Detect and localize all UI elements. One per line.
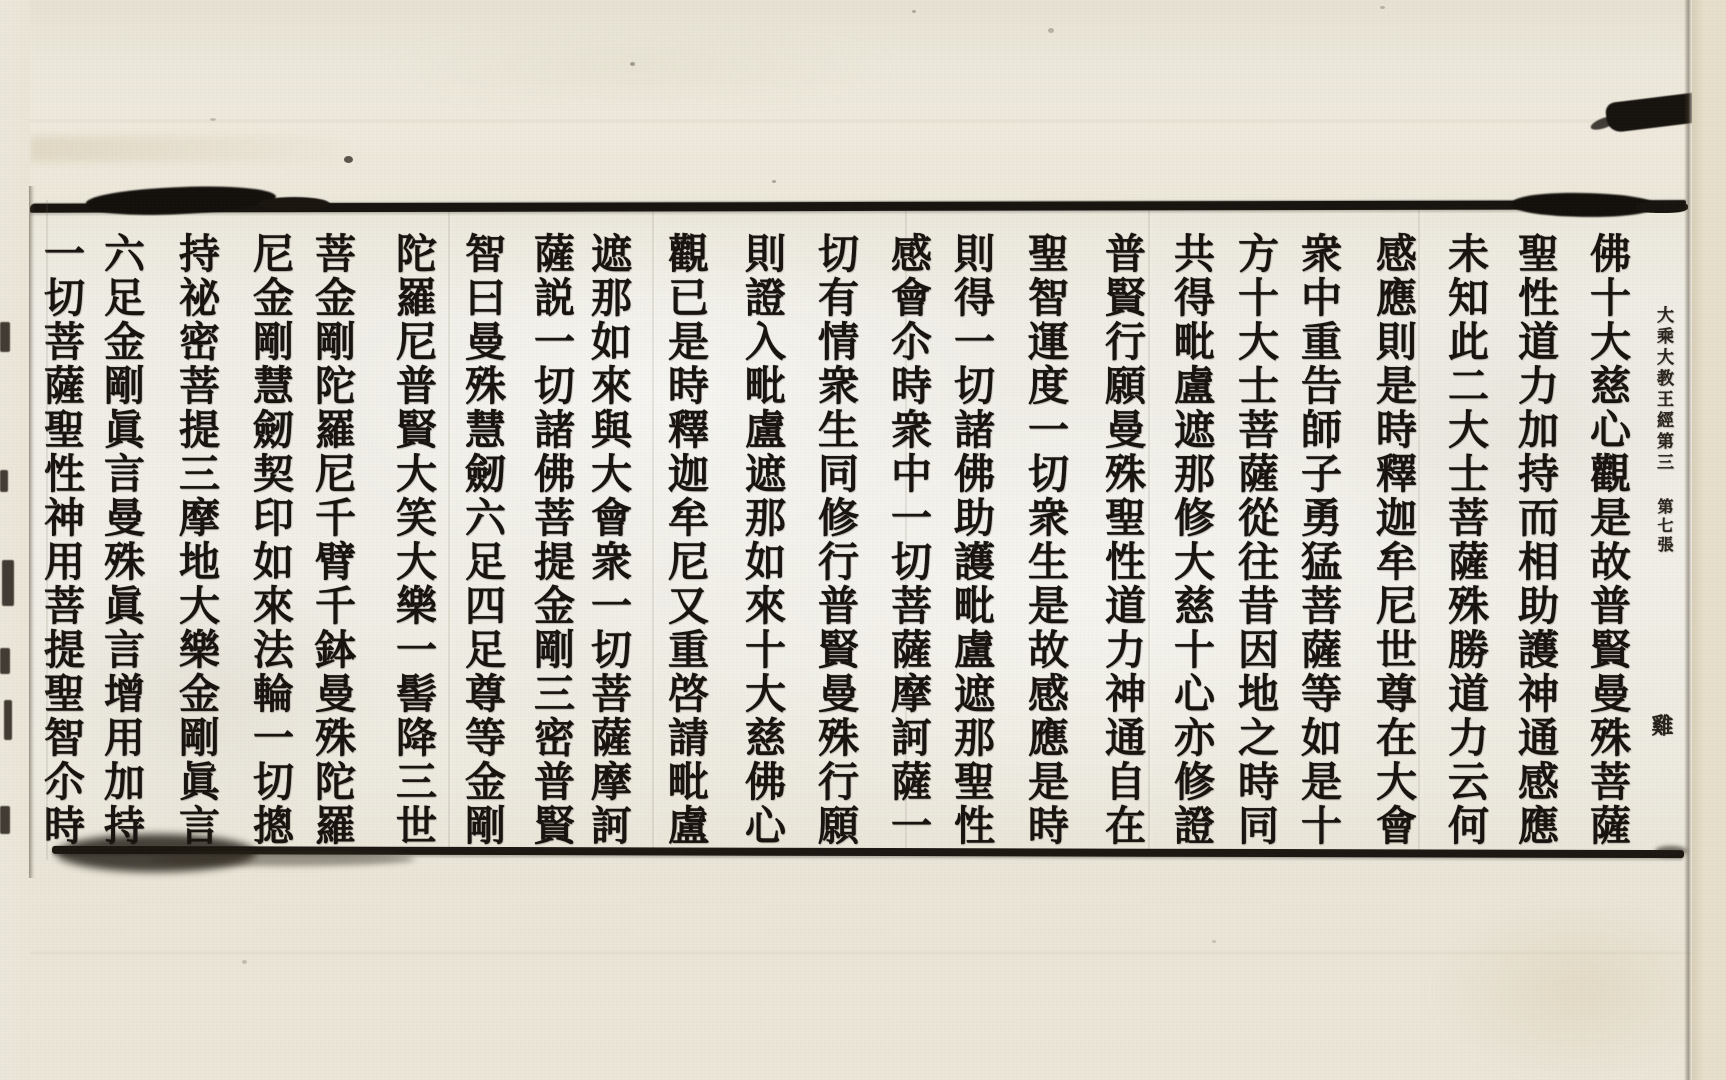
sutra-scroll-photo: 大乘大教王經第三 第七張 雞 佛十大慈心觀是故普賢曼殊菩薩聖性道力加持而相助護神… [0, 0, 1726, 1080]
ink-speck [1212, 940, 1216, 943]
paper-crease [0, 952, 1726, 954]
paper-crease [1148, 204, 1150, 850]
text-column-21: 持祕密菩提三摩地大樂金剛眞言 [172, 232, 220, 858]
paper-stain [380, 36, 900, 100]
sheet-number: 第七張 [1650, 498, 1678, 555]
text-column-20: 尼金剛慧劒契印如來法輪一切摠 [246, 232, 294, 858]
text-column-7: 共得毗盧遮那修大慈十心亦修證 [1167, 232, 1215, 858]
text-column-6: 方十大士菩薩從往昔因地之時同 [1231, 232, 1279, 858]
text-column-1: 佛十大慈心觀是故普賢曼殊菩薩 [1583, 232, 1631, 858]
text-column-11: 感會尒時衆中一切菩薩摩訶薩一 [884, 232, 932, 858]
right-sheet-fold [1684, 0, 1692, 1080]
text-column-5: 衆中重告師子勇猛菩薩等如是十 [1294, 232, 1342, 858]
paper-crease [448, 204, 450, 850]
ink-speck [630, 62, 635, 66]
paper-crease [652, 204, 654, 850]
text-column-9: 聖智運度一切衆生是故感應是時 [1021, 232, 1069, 858]
scripture-title: 大乘大教王經第三 [1648, 306, 1678, 474]
text-column-3: 未知此二大士菩薩殊勝道力云何 [1441, 232, 1489, 858]
paper-crease [1418, 204, 1420, 850]
ink-speck [1048, 28, 1054, 33]
ink-smudge [258, 197, 330, 211]
text-column-19: 菩金剛陀羅尼千臂千鉢曼殊陀羅 [308, 232, 356, 858]
partial-glyph-fragment [4, 700, 12, 740]
text-column-8: 普賢行願曼殊聖性道力神通自在 [1098, 232, 1146, 858]
ink-smudge [1636, 201, 1688, 213]
paper-stain [1430, 900, 1726, 1080]
paper-crease [0, 120, 1726, 122]
text-column-16: 薩説一切諸佛菩提金剛三密普賢 [527, 232, 575, 858]
case-mark: 雞 [1644, 714, 1678, 736]
left-sheet-fold [46, 200, 48, 860]
text-column-18: 陀羅尼普賢大笑大樂一髻降三世 [389, 232, 437, 858]
left-sheet-edge [0, 0, 30, 1080]
text-column-10: 則得一切諸佛助護毗盧遮那聖性 [947, 232, 995, 858]
ink-speck [912, 10, 916, 13]
text-column-2: 聖性道力加持而相助護神通感應 [1511, 232, 1559, 858]
text-column-4: 感應則是時釋迦牟尼世尊在大會 [1369, 232, 1417, 858]
ink-smudge [1655, 846, 1687, 856]
text-column-22: 六足金剛眞言曼殊眞言增用加持 [97, 232, 145, 858]
partial-glyph-fragment [0, 648, 10, 674]
ink-speck [344, 156, 353, 163]
partial-glyph-fragment [2, 560, 14, 606]
left-sheet-fold [29, 186, 35, 878]
text-column-14: 觀已是時釋迦牟尼又重啓請毗盧 [661, 232, 709, 858]
right-sheet-edge [1692, 0, 1726, 1080]
text-column-12: 切有情衆生同修行普賢曼殊行願 [811, 232, 859, 858]
partial-glyph-fragment [0, 470, 8, 492]
partial-glyph-fragment [0, 322, 10, 352]
ink-speck [1380, 6, 1385, 9]
ink-speck [772, 180, 776, 183]
text-column-23: 一切菩薩聖性神用菩提聖智尒時 [37, 232, 85, 858]
text-column-17: 智曰曼殊慧劒六足四足尊等金剛 [458, 232, 506, 858]
ink-speck [242, 960, 247, 964]
partial-glyph-fragment [0, 806, 10, 834]
text-column-13: 則證入毗盧遮那如來十大慈佛心 [738, 232, 786, 858]
text-column-15: 遮那如來與大會衆一切菩薩摩訶 [584, 232, 632, 858]
paper-stain [30, 136, 360, 162]
